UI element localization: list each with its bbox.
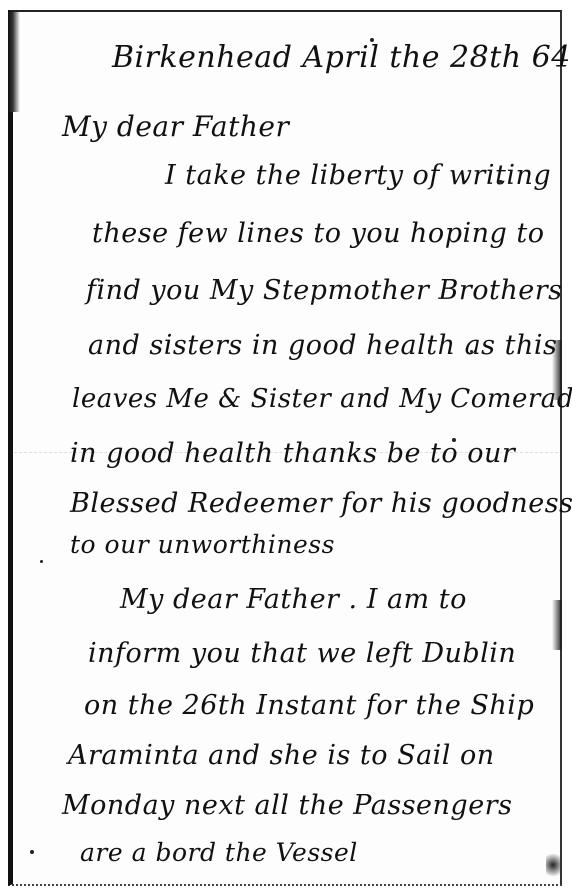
letter-line: leaves Me & Sister and My Comerade: [72, 384, 572, 414]
scan-speck: [30, 850, 34, 854]
letter-line: are a bord the Vessel: [80, 838, 358, 867]
page-edge-shadow: [546, 852, 560, 878]
letter-line: find you My Stepmother Brothers: [86, 275, 563, 306]
letter-line: these few lines to you hoping to: [92, 218, 544, 249]
letter-line: inform you that we left Dublin: [88, 638, 516, 669]
letter-line: I take the liberty of writing: [165, 160, 551, 191]
page-edge-shadow: [552, 600, 562, 650]
letter-salutation: My dear Father: [62, 110, 289, 143]
scan-speck: [370, 38, 374, 42]
scan-speck: [40, 560, 43, 563]
scan-speck: [498, 180, 503, 183]
page-edge-shadow: [8, 12, 20, 112]
letter-line: Monday next all the Passengers: [62, 790, 512, 821]
letter-line: to our unworthiness: [70, 530, 335, 559]
scan-speck: [470, 350, 473, 353]
letter-line: My dear Father . I am to: [120, 584, 467, 615]
letter-line: and sisters in good health as this: [88, 330, 557, 361]
letter-line: in good health thanks be to our: [70, 438, 515, 469]
letter-line: Araminta and she is to Sail on: [68, 740, 495, 771]
scan-speck: [452, 438, 456, 442]
letter-line: on the 26th Instant for the Ship: [84, 690, 534, 721]
letter-line: Blessed Redeemer for his goodness: [70, 488, 572, 519]
letter-heading: Birkenhead April the 28th 64: [112, 40, 571, 75]
